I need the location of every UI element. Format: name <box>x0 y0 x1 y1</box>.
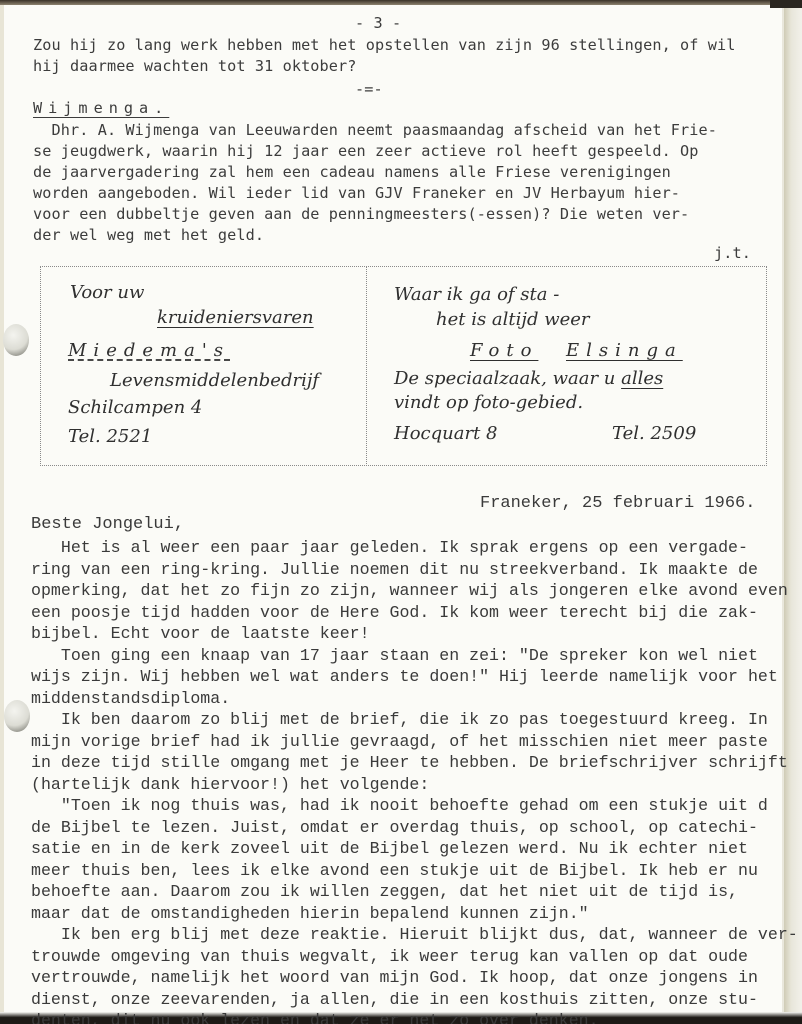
ad-right-tagline1-text: De speciaalzaak, waar u <box>394 368 621 389</box>
page-right-edge <box>784 0 802 1024</box>
wijmenga-line: se jeugdwerk, waarin hij 12 jaar een zee… <box>33 142 699 160</box>
page-top-corner <box>770 0 802 8</box>
letter-line: wijs zijn. Wij hebben wel wat anders te … <box>31 667 778 686</box>
page-number: - 3 - <box>355 14 401 32</box>
ad-right-tagline2: vindt op foto-gebied. <box>394 392 583 413</box>
letter-line: opmerking, dat het zo fijn zo zijn, wann… <box>31 581 788 600</box>
letter-line: meer thuis ben, lees ik elke avond een s… <box>31 861 758 880</box>
letter-line: Ik ben daarom zo blij met de brief, die … <box>31 710 768 729</box>
letter-line: denten, dit nu ook lezen en dat ze er ne… <box>31 1011 599 1024</box>
wijmenga-line: worden aangeboden. Wil ieder lid van GJV… <box>33 184 680 202</box>
wijmenga-line: voor een dubbeltje geven aan de penningm… <box>33 205 689 223</box>
ad-right-tagline1: De speciaalzaak, waar u alles <box>394 368 663 389</box>
intro-line: hij daarmee wachten tot 31 oktober? <box>33 57 357 75</box>
ad-right-line2: het is altijd weer <box>436 309 590 330</box>
letter-line: een poosje tijd hadden voor de Here God.… <box>31 603 758 622</box>
letter-line: (hartelijk dank hiervoor!) het volgende: <box>31 775 429 794</box>
letter-line: de Bijbel te lezen. Juist, omdat er over… <box>31 818 758 837</box>
letter-line: "Toen ik nog thuis was, had ik nooit beh… <box>31 796 768 815</box>
ad-right-name-part1: Foto <box>470 340 538 361</box>
section-heading-wijmenga: Wijmenga. <box>33 99 169 117</box>
ad-left-subtitle: Levensmiddelenbedrijf <box>110 370 319 391</box>
letter-line: dienst, onze zeevarenden, ja allen, die … <box>31 990 758 1009</box>
page-left-edge <box>0 0 4 1024</box>
ad-right-phone: Tel. 2509 <box>612 423 696 444</box>
ad-left-phone: Tel. 2521 <box>68 426 152 447</box>
letter-line: trouwde omgeving van thuis wegvalt, ik w… <box>31 947 748 966</box>
letter-line: in deze tijd stille omgang met je Heer t… <box>31 753 788 772</box>
ad-left-name: Miedema's <box>68 340 230 361</box>
wijmenga-line: Dhr. A. Wijmenga van Leeuwarden neemt pa… <box>33 121 717 139</box>
wijmenga-line: de jaarvergadering zal hem een cadeau na… <box>33 163 671 181</box>
ad-left-line1: Voor uw <box>70 282 144 303</box>
advertisement-divider <box>366 266 367 464</box>
ad-right-tagline1-emphasis: alles <box>621 368 663 389</box>
letter-line: mijn vorige brief had ik jullie gevraagd… <box>31 732 768 751</box>
letter-place-date: Franeker, 25 februari 1966. <box>480 494 755 513</box>
letter-line: vertrouwde, namelijk het woord van mijn … <box>31 968 758 987</box>
ad-left-address: Schilcampen 4 <box>68 397 202 418</box>
letter-salutation: Beste Jongelui, <box>31 515 184 534</box>
wijmenga-line: der wel weg met het geld. <box>33 226 264 244</box>
letter-line: maar dat de omstandigheden hierin bepale… <box>31 904 589 923</box>
ad-right-address: Hocquart 8 <box>394 423 497 444</box>
letter-line: satie en in de kerk zoveel uit de Bijbel… <box>31 839 748 858</box>
punch-hole-top <box>3 324 29 356</box>
letter-line: middenstandsdiploma. <box>31 689 230 708</box>
page-top-edge <box>0 0 802 5</box>
letter-line: bijbel. Echt voor de laatste keer! <box>31 624 370 643</box>
letter-line: Ik ben erg blij met deze reaktie. Hierui… <box>31 925 798 944</box>
letter-line: ring van een ring-kring. Jullie noemen d… <box>31 560 758 579</box>
ad-right-name-part2: Elsinga <box>566 340 683 361</box>
letter-line: Het is al weer een paar jaar geleden. Ik… <box>31 538 748 557</box>
ad-left-line2: kruideniersvaren <box>157 307 314 328</box>
intro-line: Zou hij zo lang werk hebben met het opst… <box>33 36 736 54</box>
letter-line: behoefte aan. Daarom zou ik willen zegge… <box>31 882 738 901</box>
section-separator: -=- <box>355 80 383 98</box>
punch-hole-bottom <box>4 700 30 732</box>
ad-right-line1: Waar ik ga of sta - <box>394 284 559 305</box>
letter-line: Toen ging een knaap van 17 jaar staan en… <box>31 646 758 665</box>
signature: j.t. <box>714 244 751 262</box>
